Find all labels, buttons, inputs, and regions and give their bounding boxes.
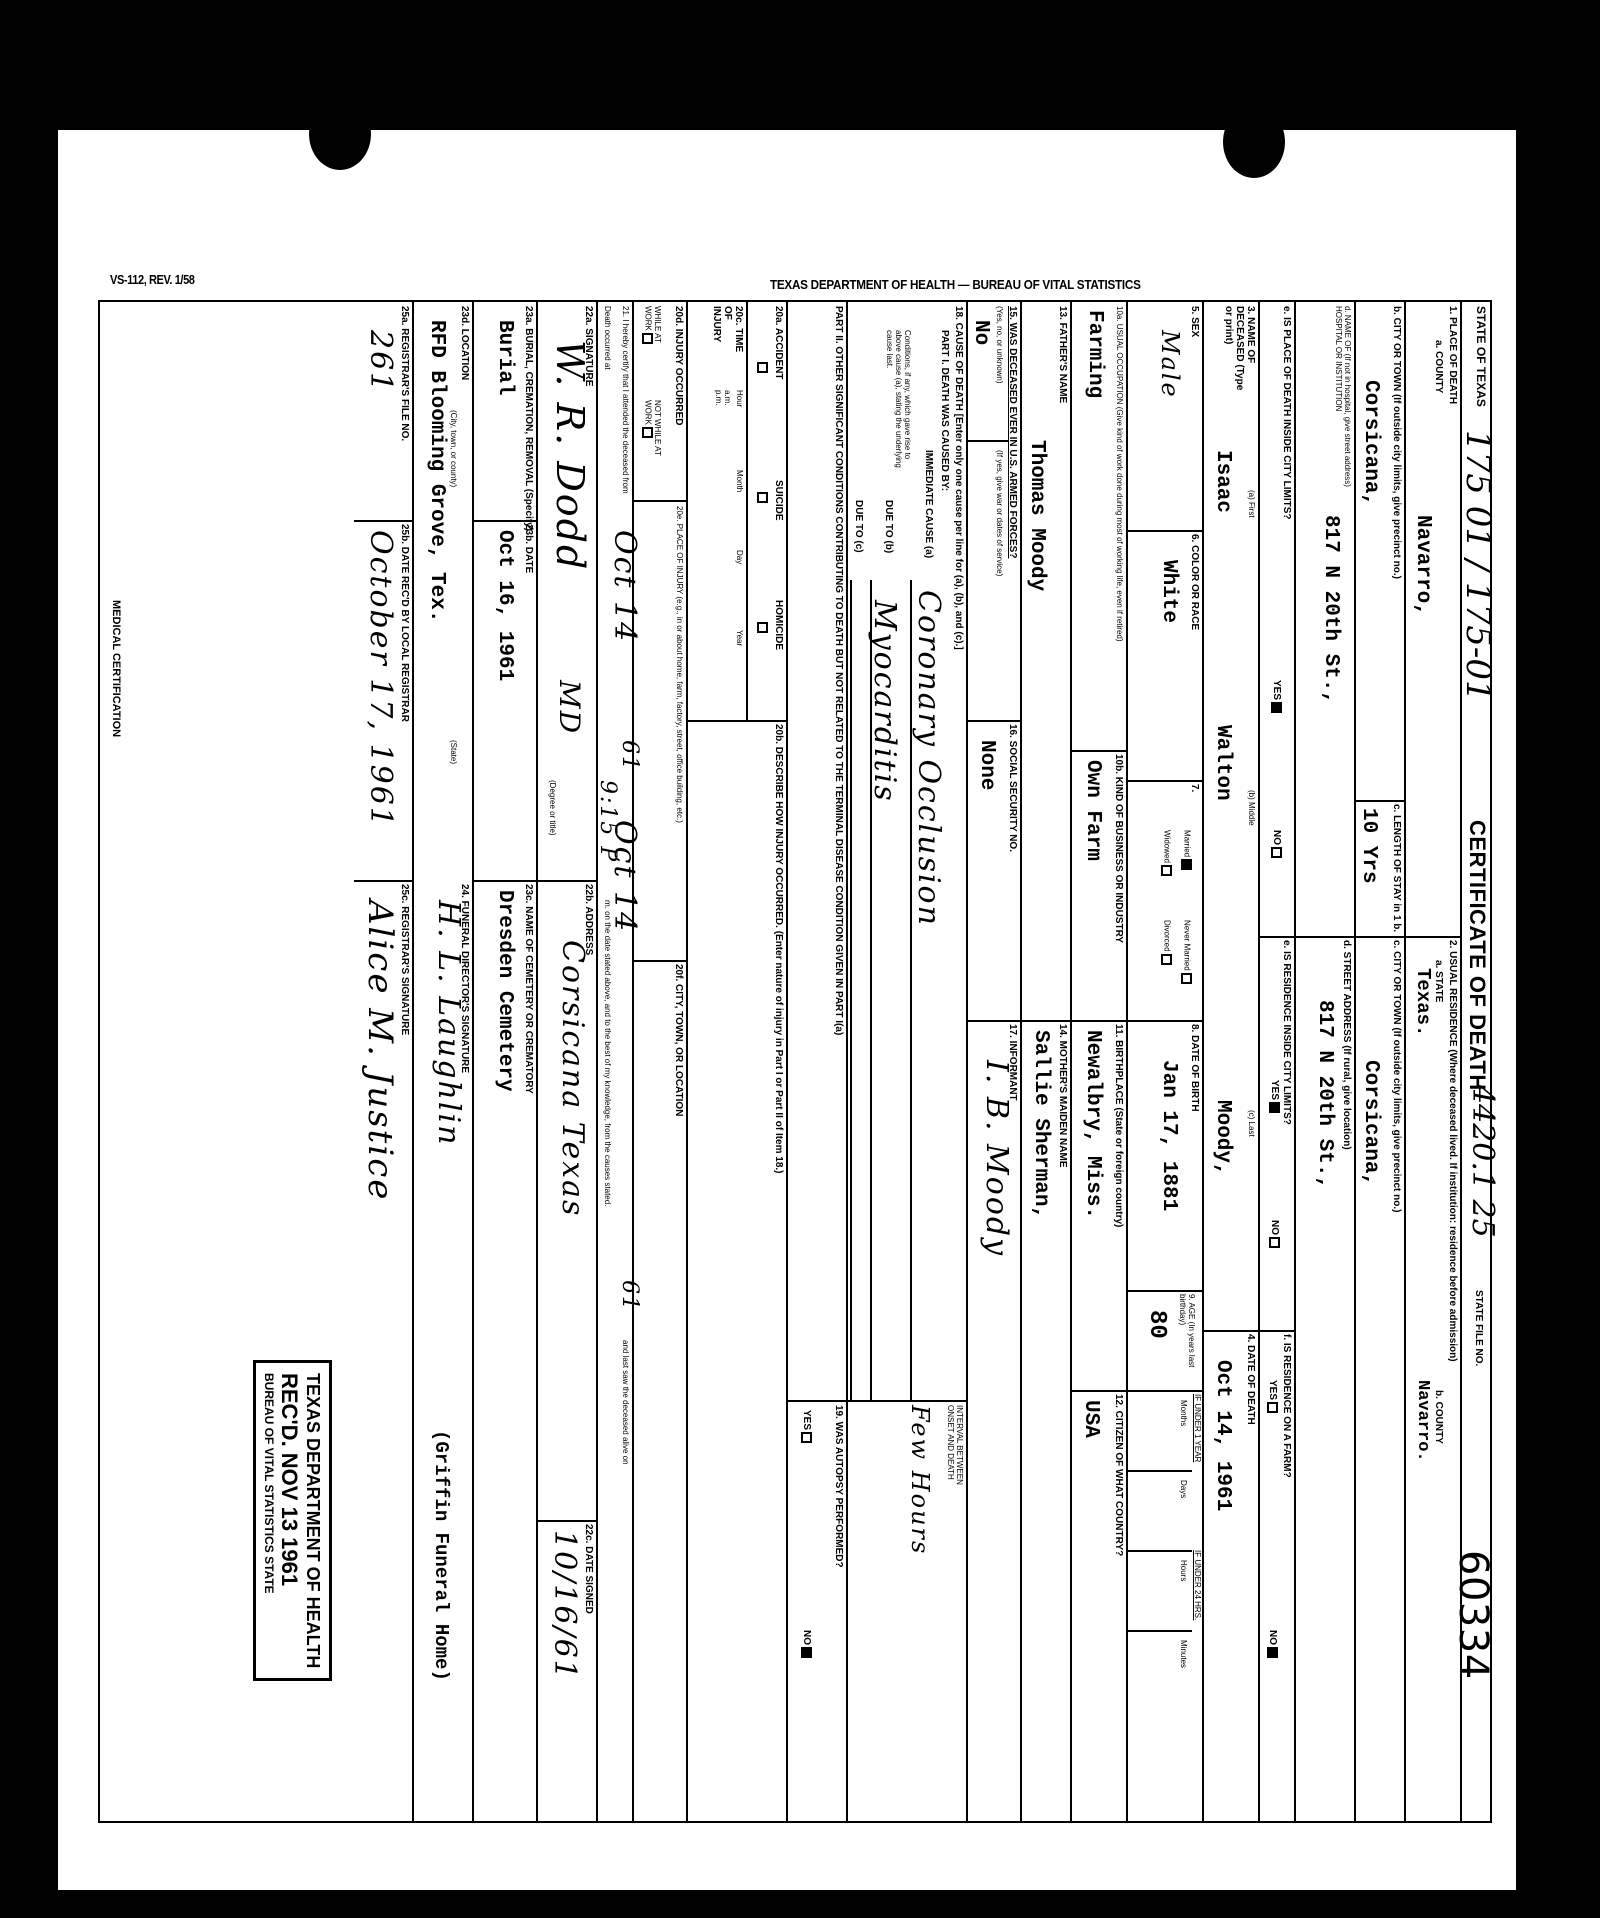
divider xyxy=(1204,1330,1260,1332)
handwritten-codes: 175 01 / 175-01 xyxy=(1458,430,1498,702)
certificate-title: CERTIFICATE OF DEATH xyxy=(1464,820,1490,1091)
pod-city-label: b. CITY OR TOWN (If outside city limits,… xyxy=(1391,306,1402,579)
middle-name-label: (b) Middle xyxy=(1247,790,1256,826)
time-day-label: Day xyxy=(735,550,744,564)
divider xyxy=(1260,1330,1296,1332)
race-value: White xyxy=(1157,560,1180,623)
divider xyxy=(1072,1020,1128,1022)
divider xyxy=(1296,936,1462,938)
divider xyxy=(412,300,414,1823)
physician-degree: MD xyxy=(553,680,586,735)
divider xyxy=(788,1400,848,1402)
occupation-label: 10a. USUAL OCCUPATION (Give kind of work… xyxy=(1115,306,1124,746)
res-street-value: 817 N 20th St., xyxy=(1313,1000,1336,1189)
marital-never[interactable]: Never Married xyxy=(1181,920,1192,986)
death-certificate-form: STATE OF TEXAS 175 01 / 175-01 CERTIFICA… xyxy=(98,300,1492,1823)
armed-sub2: (If yes, give war or dates of service) xyxy=(995,450,1004,576)
divider xyxy=(1294,300,1296,1823)
stamp-line-3: BUREAU OF VITAL STATISTICS STATE xyxy=(262,1373,276,1668)
business-value: Own Farm xyxy=(1081,760,1104,861)
divider xyxy=(1404,300,1406,1823)
conditions-note: Conditions, if any, which gave rise to a… xyxy=(885,330,912,470)
res-inside-city-label: e. IS RESIDENCE INSIDE CITY LIMITS? xyxy=(1281,940,1292,1125)
state-file-label: STATE FILE NO. xyxy=(1473,1290,1484,1366)
death-time: 9:15 P xyxy=(595,780,620,863)
res-inside-no[interactable]: NO xyxy=(1269,1220,1280,1250)
divider xyxy=(596,300,598,1823)
first-name-value: Isaac xyxy=(1211,450,1234,513)
burial-value: Burial xyxy=(493,320,516,396)
received-stamp: TEXAS DEPARTMENT OF HEALTH REC'D. NOV 13… xyxy=(253,1360,332,1681)
location-state-sub: (State) xyxy=(449,740,458,764)
divider xyxy=(1072,750,1128,752)
certify-end: m. on the date stated above, and to the … xyxy=(603,900,612,1206)
dod-label: 4. DATE OF DEATH xyxy=(1245,1334,1256,1425)
father-label: 13. FATHER'S NAME xyxy=(1057,306,1068,403)
physician-address: Corsicana Texas xyxy=(555,940,590,1217)
divider xyxy=(1128,1470,1192,1472)
interval-value: Few Hours xyxy=(906,1405,934,1555)
stamp-line-1: TEXAS DEPARTMENT OF HEALTH xyxy=(302,1373,323,1668)
divider xyxy=(538,880,598,882)
divider xyxy=(1126,300,1128,1823)
date-recd-value: October 17, 1961 xyxy=(363,530,398,828)
part2-label: PART II. OTHER SIGNIFICANT CONDITIONS CO… xyxy=(833,306,844,1035)
part1-label: PART I. DEATH WAS CAUSED BY: xyxy=(939,330,950,491)
res-city-value: Corsicana, xyxy=(1359,1060,1382,1186)
autopsy-label: 19. WAS AUTOPSY PERFORMED? xyxy=(833,1405,844,1568)
suicide-label: SUICIDE xyxy=(773,480,784,521)
divider xyxy=(472,880,474,1823)
divider xyxy=(968,1020,1022,1022)
divider xyxy=(870,580,872,1400)
birthplace-value: Newalbry, Miss. xyxy=(1081,1030,1104,1219)
accident-checkbox[interactable] xyxy=(757,362,768,373)
divider xyxy=(786,300,788,1823)
father-value: Thomas Moody xyxy=(1025,440,1048,591)
divider xyxy=(850,580,852,1400)
res-farm-yes[interactable]: YES xyxy=(1267,1380,1278,1415)
armed-forces-label: 15. WAS DECEASED EVER IN U.S. ARMED FORC… xyxy=(1007,306,1018,558)
res-state-label: a. STATE xyxy=(1433,960,1444,1002)
autopsy-yes[interactable]: YES xyxy=(801,1410,812,1445)
time-month-label: Month xyxy=(735,470,744,492)
medical-certification-banner: MEDICAL CERTIFICATION xyxy=(110,600,122,737)
res-city-label: c. CITY OR TOWN (If outside city limits,… xyxy=(1391,940,1402,1212)
divider xyxy=(474,880,538,882)
marital-married[interactable]: Married xyxy=(1181,830,1192,872)
location-city-sub: (City, town, or county) xyxy=(449,410,458,487)
divider xyxy=(1354,300,1356,1823)
divider xyxy=(98,300,968,302)
agency-header: TEXAS DEPARTMENT OF HEALTH — BUREAU OF V… xyxy=(770,277,1141,292)
business-label: 10b. KIND OF BUSINESS OR INDUSTRY xyxy=(1113,754,1124,943)
punch-hole-right xyxy=(1223,106,1285,178)
last-name-label: (c) Last xyxy=(1247,1110,1256,1137)
homicide-checkbox[interactable] xyxy=(757,622,768,633)
occupation-value: Farming xyxy=(1083,310,1106,398)
form-number: VS-112, REV. 1/58 xyxy=(110,272,195,287)
due-c-label: DUE TO (c) xyxy=(853,500,864,553)
certify-label: 21. I hereby certify that I attended the… xyxy=(621,306,630,494)
age-months-label: Months xyxy=(1179,1400,1188,1426)
location-value: RFD Blooming Grove, Tex. xyxy=(425,320,448,622)
funeral-home: (Griffin Funeral Home) xyxy=(430,1430,452,1681)
divider xyxy=(968,720,1022,722)
pod-inside-yes[interactable]: YES xyxy=(1271,680,1282,715)
age-value: 80 xyxy=(1143,1310,1170,1339)
divider xyxy=(848,1400,968,1402)
divider xyxy=(472,300,474,880)
sex-label: 5. SEX xyxy=(1189,306,1200,337)
death-occurred-label: Death occurred at xyxy=(603,306,612,370)
divider xyxy=(1356,800,1406,802)
place-of-death-label: 1. PLACE OF DEATH xyxy=(1447,306,1458,404)
describe-label: 20b. DESCRIBE HOW INJURY OCCURRED. (Ente… xyxy=(773,724,784,1174)
physician-signature: W. R. Dodd xyxy=(548,340,592,571)
divider xyxy=(632,300,634,1823)
armed-forces-value: No xyxy=(969,320,992,345)
date-signed-value: 10/16/61 xyxy=(547,1530,582,1681)
pod-county-label: a. COUNTY xyxy=(1433,340,1444,393)
certify-year1: 61 xyxy=(617,740,642,772)
pod-hospital-value: 817 N 20th St., xyxy=(1319,515,1342,704)
dod-value: Oct 14, 1961 xyxy=(1211,1360,1234,1511)
reg-file-value: 261 xyxy=(363,330,398,393)
divider xyxy=(634,500,688,502)
residence-label: 2. USUAL RESIDENCE (Where deceased lived… xyxy=(1447,940,1458,1362)
certificate-number: 60334 xyxy=(1450,1550,1496,1680)
divider xyxy=(1128,1390,1204,1392)
divider xyxy=(1260,936,1296,938)
date-recd-label: 25b. DATE REC'D BY LOCAL REGISTRAR xyxy=(399,524,410,722)
divider xyxy=(354,520,414,522)
divider xyxy=(1460,300,1462,1823)
pod-city-value: Corsicana, xyxy=(1359,380,1382,506)
under-1-year-label: IF UNDER 1 YEAR xyxy=(1193,1394,1202,1462)
divider xyxy=(1128,1630,1192,1632)
last-name-value: Moody, xyxy=(1211,1100,1234,1176)
pod-inside-no[interactable]: NO xyxy=(1271,830,1282,860)
divider xyxy=(688,720,788,722)
divider xyxy=(1072,1390,1128,1392)
res-farm-label: f. IS RESIDENCE ON A FARM? xyxy=(1281,1334,1292,1478)
state-label: STATE OF TEXAS xyxy=(1475,306,1486,407)
divider xyxy=(536,300,538,1823)
name-label: 3. NAME OF DECEASED (Type or print) xyxy=(1223,306,1256,396)
registrar-signature: Alice M. Justice xyxy=(360,900,400,1201)
armed-sub1: (Yes, no, or unknown) xyxy=(995,306,1004,384)
divider xyxy=(910,580,912,1400)
under-24-hrs-label: IF UNDER 24 HRS. xyxy=(1193,1550,1202,1620)
cemetery-label: 23c. NAME OF CEMETERY OR CREMATORY xyxy=(523,884,534,1094)
burial-date-value: Oct 16, 1961 xyxy=(493,530,516,681)
divider xyxy=(634,960,688,962)
burial-date-label: 23b. DATE xyxy=(523,524,534,573)
res-inside-yes[interactable]: YES xyxy=(1269,1080,1280,1115)
informant-value: I. B. Moody xyxy=(979,1060,1014,1257)
due-b-value: Myocarditis xyxy=(867,600,902,803)
immediate-cause: Coronary Occlusion xyxy=(911,590,946,927)
time-injury-label: 20c. TIME OF INJURY xyxy=(711,306,744,356)
divider xyxy=(1128,1290,1204,1292)
registrar-sig-label: 25c. REGISTRAR'S SIGNATURE xyxy=(399,884,410,1035)
pod-inside-city-label: e. IS PLACE OF DEATH INSIDE CITY LIMITS? xyxy=(1281,306,1292,520)
divider xyxy=(1258,300,1260,1823)
place-injury-label: 20e. PLACE OF INJURY (e.g., in or about … xyxy=(675,506,684,946)
res-state-value: Texas. xyxy=(1412,968,1434,1036)
pod-length-value: 10 Yrs xyxy=(1357,808,1380,884)
ssn-label: 16. SOCIAL SECURITY NO. xyxy=(1007,724,1018,852)
cause-label: 18. CAUSE OF DEATH [Enter only one cause… xyxy=(953,306,964,650)
res-street-label: d. STREET ADDRESS (If rural, give locati… xyxy=(1341,940,1352,1150)
middle-name-value: Walton xyxy=(1211,725,1234,801)
certify-mid: and last saw the deceased alive on xyxy=(621,1340,630,1465)
accident-label: 20a. ACCIDENT xyxy=(773,306,784,380)
certify-year2: 61 xyxy=(617,1280,642,1312)
res-county-label: b. COUNTY xyxy=(1433,1390,1444,1444)
reg-file-label: 25a. REGISTRAR'S FILE NO. xyxy=(399,306,410,441)
first-name-label: (a) First xyxy=(1247,490,1256,518)
location-label: 23d. LOCATION xyxy=(459,306,470,380)
divider xyxy=(538,1520,598,1522)
time-year-label: Year xyxy=(735,630,744,646)
divider xyxy=(1128,530,1204,532)
age-hours-label: Hours xyxy=(1179,1560,1188,1581)
age-days-label: Days xyxy=(1179,1480,1188,1498)
sex-value: Male xyxy=(1156,330,1184,399)
divider xyxy=(1128,780,1204,782)
divider xyxy=(846,300,848,1823)
dob-value: Jan 17, 1881 xyxy=(1157,1060,1180,1211)
citizen-value: USA xyxy=(1079,1400,1102,1438)
divider xyxy=(1128,1020,1204,1022)
divider xyxy=(968,440,1008,442)
city-injury-label: 20f. CITY, TOWN, OR LOCATION xyxy=(673,964,684,1116)
res-farm-no[interactable]: NO xyxy=(1267,1630,1278,1660)
funeral-director-signature: H. L. Laughlin xyxy=(431,900,466,1146)
interval-label: INTERVAL BETWEEN ONSET AND DEATH xyxy=(946,1405,964,1485)
age-label: 9. AGE (In years last birthday) xyxy=(1178,1294,1196,1384)
mother-value: Sallie Sherman, xyxy=(1029,1030,1052,1219)
date-signed-label: 22c. DATE SIGNED xyxy=(583,1524,594,1614)
res-county-value: Navarro. xyxy=(1413,1380,1432,1462)
burial-label: 23a. BURIAL, CREMATION, REMOVAL (Specify… xyxy=(523,306,534,531)
ssn-value: None xyxy=(975,740,998,790)
citizen-label: 12. CITIZEN OF WHAT COUNTRY? xyxy=(1113,1394,1124,1556)
state-file-handwritten: 4420.1 25 xyxy=(1465,1085,1500,1238)
divider xyxy=(354,880,414,882)
divider xyxy=(1022,1020,1072,1022)
cemetery-value: Dresden Cemetery xyxy=(493,890,516,1092)
suicide-checkbox[interactable] xyxy=(757,492,768,503)
marital-label: 7. xyxy=(1189,784,1200,792)
divider xyxy=(1202,300,1204,1823)
divider xyxy=(686,300,688,1823)
mother-label: 14. MOTHER'S MAIDEN NAME xyxy=(1057,1024,1068,1168)
punch-hole-left xyxy=(309,98,371,170)
dob-label: 8. DATE OF BIRTH xyxy=(1189,1024,1200,1112)
pod-county-value: Navarro, xyxy=(1411,515,1434,616)
time-hour-label: Hour xyxy=(735,390,744,407)
injury-occurred-label: 20d. INJURY OCCURRED xyxy=(673,306,684,425)
pod-length-label: c. LENGTH OF STAY in 1 b. xyxy=(1391,804,1402,932)
degree-label: (Degree or title) xyxy=(548,780,557,836)
certify-from: Oct 14 xyxy=(607,530,642,643)
divider xyxy=(1020,300,1022,1823)
while-at-work[interactable]: WHILE AT WORK xyxy=(642,306,662,346)
divider xyxy=(746,300,748,720)
not-while-at-work[interactable]: NOT WHILE AT WORK xyxy=(642,400,662,460)
marital-widowed[interactable]: Widowed xyxy=(1161,830,1172,878)
divider xyxy=(474,520,538,522)
birthplace-label: 11. BIRTHPLACE (State or foreign country… xyxy=(1113,1024,1124,1227)
pod-hospital-label: d. NAME OF (If not in hospital, give str… xyxy=(1334,306,1352,506)
immediate-label: IMMEDIATE CAUSE (a) xyxy=(923,450,934,558)
divider xyxy=(1128,1550,1192,1552)
divider xyxy=(966,300,968,1823)
marital-divorced[interactable]: Divorced xyxy=(1161,920,1172,967)
autopsy-no[interactable]: NO xyxy=(801,1630,812,1660)
age-minutes-label: Minutes xyxy=(1179,1640,1188,1668)
divider xyxy=(1070,300,1072,1823)
stamp-line-2: REC'D. NOV 13 1961 xyxy=(276,1373,302,1668)
race-label: 6. COLOR OR RACE xyxy=(1189,534,1200,630)
due-b-label: DUE TO (b) xyxy=(883,500,894,553)
ampm-label: a.m. p.m. xyxy=(714,390,732,410)
homicide-label: HOMICIDE xyxy=(773,600,784,650)
